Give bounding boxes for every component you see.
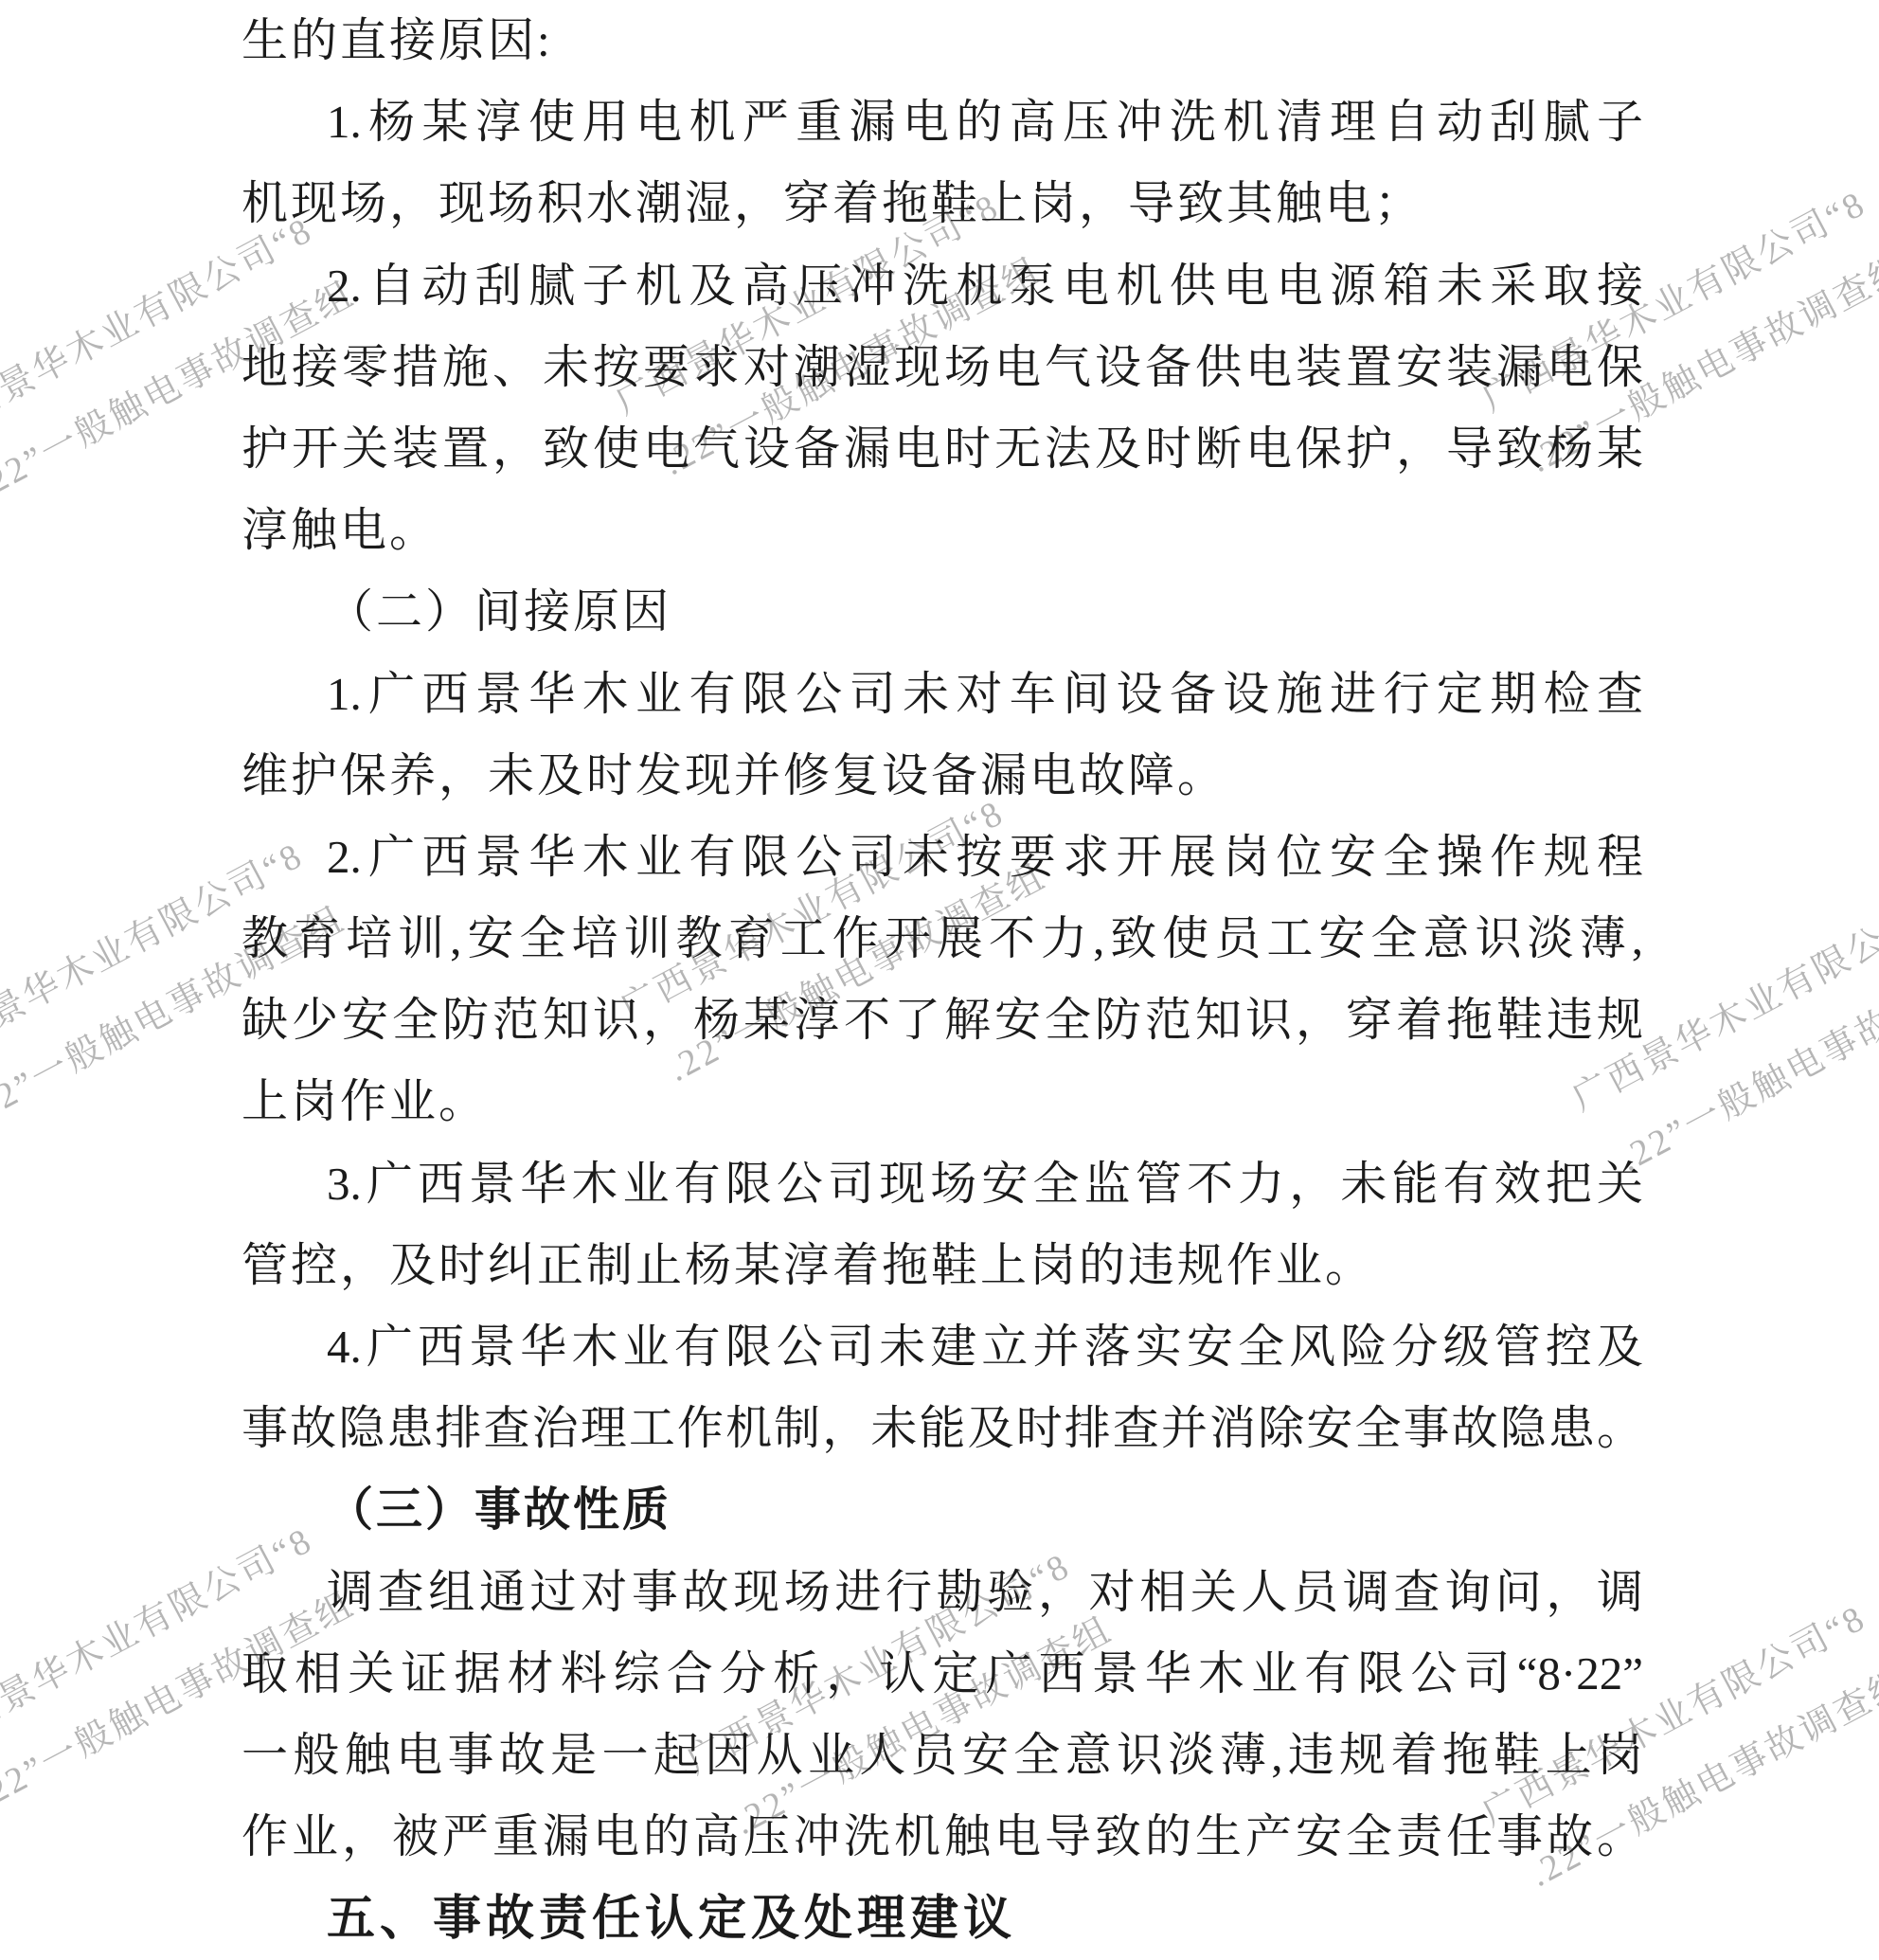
text-line: （三）事故性质 [242, 1469, 1643, 1551]
text-line: 1.杨某淳使用电机严重漏电的高压冲洗机清理自动刮腻子 [242, 81, 1643, 163]
text-line: 1.广西景华木业有限公司未对车间设备设施进行定期检查 [242, 654, 1643, 735]
text-line: 2.广西景华木业有限公司未按要求开展岗位安全操作规程 [242, 817, 1643, 898]
text-line: 上岗作业。 [242, 1061, 1643, 1142]
text-line: 事故隐患排查治理工作机制，未能及时排查并消除安全事故隐患。 [242, 1388, 1643, 1469]
text-line: 机现场，现场积水潮湿，穿着拖鞋上岗，导致其触电； [242, 163, 1643, 244]
text-line: 生的直接原因: [242, 0, 1643, 81]
text-line: 淳触电。 [242, 490, 1643, 571]
text-line: 作业，被严重漏电的高压冲洗机触电导致的生产安全责任事故。 [242, 1796, 1643, 1878]
text-line: 缺少安全防范知识，杨某淳不了解安全防范知识，穿着拖鞋违规 [242, 980, 1643, 1061]
section-heading: 五、事故责任认定及处理建议 [242, 1878, 1643, 1959]
document-page: 广西景华木业有限公司“8.22”一般触电事故调查组广西景华木业有限公司“8.22… [0, 0, 1879, 1960]
text-line: 调查组通过对事故现场进行勘验，对相关人员调查询问，调 [242, 1552, 1643, 1633]
text-line: 维护保养，未及时发现并修复设备漏电故障。 [242, 735, 1643, 817]
text-line: 一般触电事故是一起因从业人员安全意识淡薄,违规着拖鞋上岗 [242, 1715, 1643, 1796]
text-line: 护开关装置，致使电气设备漏电时无法及时断电保护，导致杨某 [242, 408, 1643, 490]
text-line: 3.广西景华木业有限公司现场安全监管不力，未能有效把关 [242, 1143, 1643, 1225]
text-line: 教育培训,安全培训教育工作开展不力,致使员工安全意识淡薄, [242, 898, 1643, 980]
document-body: 生的直接原因:1.杨某淳使用电机严重漏电的高压冲洗机清理自动刮腻子机现场，现场积… [242, 0, 1643, 1960]
text-line: 管控，及时纠正制止杨某淳着拖鞋上岗的违规作业。 [242, 1225, 1643, 1306]
text-line: 取相关证据材料综合分析，认定广西景华木业有限公司“8·22” [242, 1633, 1643, 1715]
text-line: 2.自动刮腻子机及高压冲洗机泵电机供电电源箱未采取接 [242, 245, 1643, 327]
text-line: 地接零措施、未按要求对潮湿现场电气设备供电装置安装漏电保 [242, 327, 1643, 408]
text-line: 4.广西景华木业有限公司未建立并落实安全风险分级管控及 [242, 1306, 1643, 1388]
text-line: （二）间接原因 [242, 571, 1643, 653]
